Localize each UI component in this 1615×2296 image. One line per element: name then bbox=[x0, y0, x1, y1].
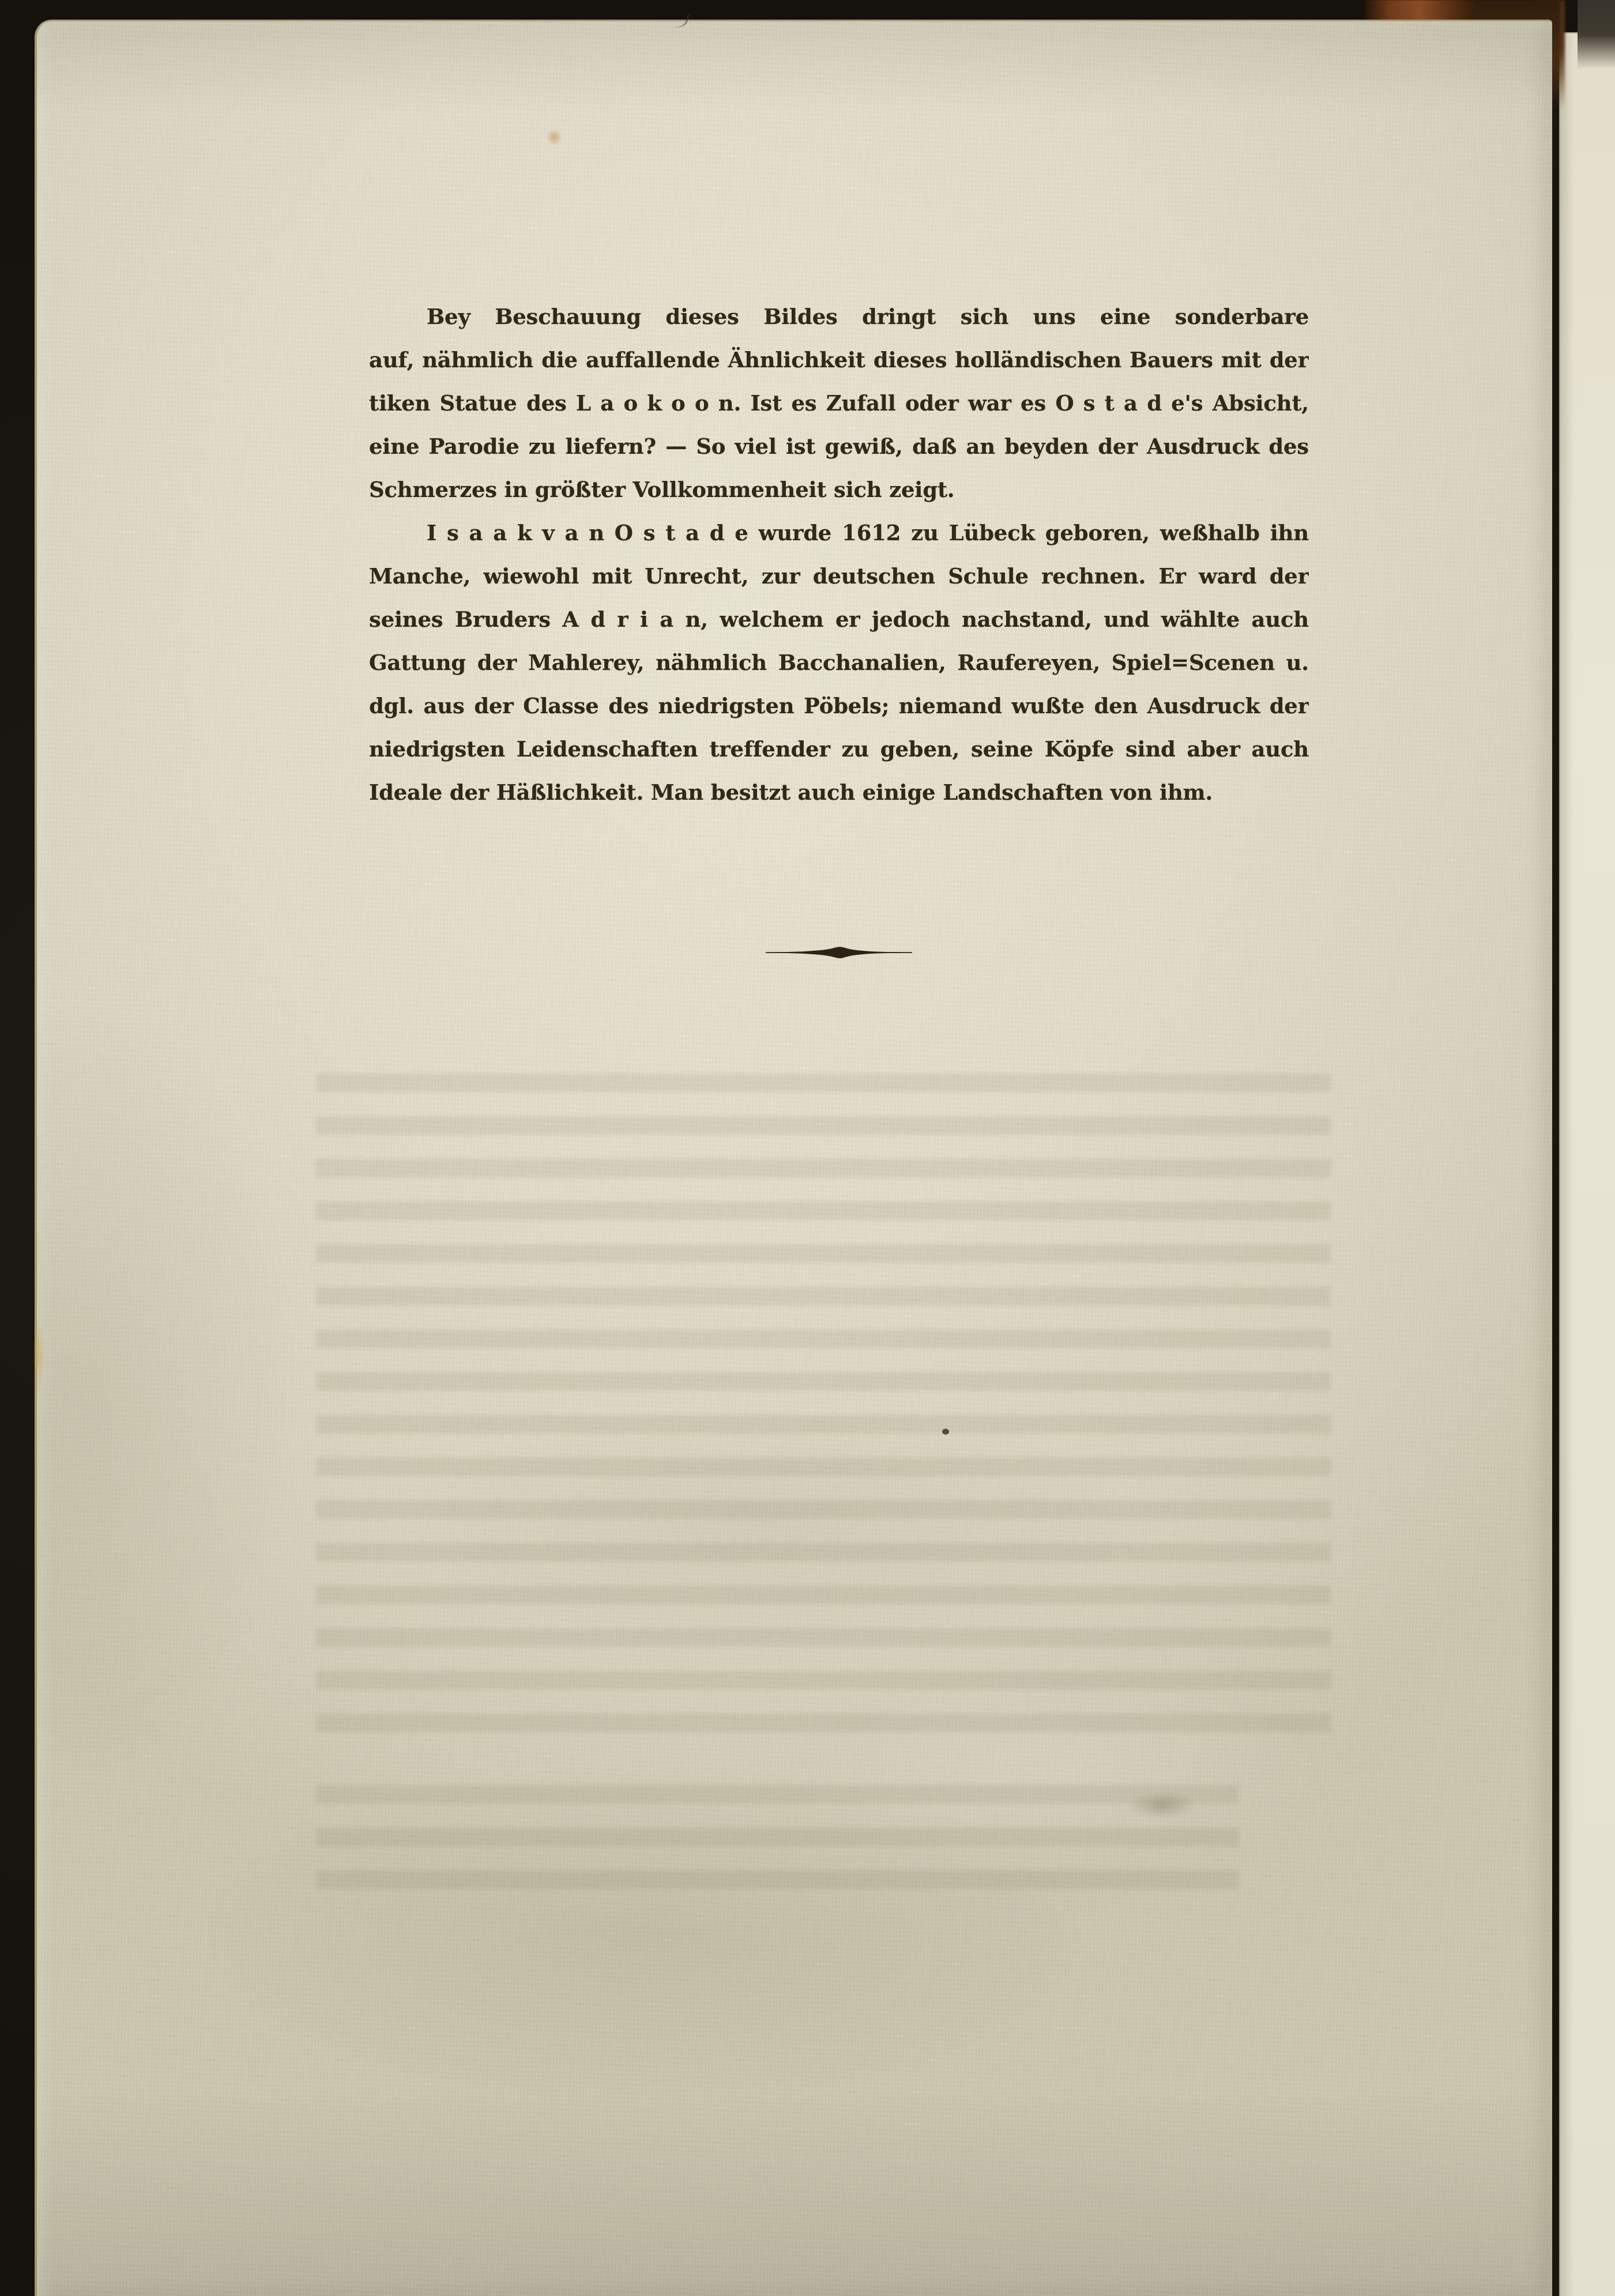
text-line: Schmerzes in größter Vollkommenheit sich… bbox=[369, 468, 1309, 511]
foxing-stain bbox=[547, 128, 562, 146]
text-line: niedrigsten Leidenschaften treffender zu… bbox=[369, 728, 1309, 771]
text-line: Gattung der Mahlerey, nähmlich Bacchanal… bbox=[369, 641, 1309, 684]
swelled-rule-ornament bbox=[766, 946, 912, 959]
text-line: Ideale der Häßlichkeit. Man besitzt auch… bbox=[369, 771, 1309, 814]
body-text: Bey Beschauung dieses Bildes dringt sich… bbox=[369, 295, 1309, 814]
book-scan-photo: Bey Beschauung dieses Bildes dringt sich… bbox=[0, 0, 1615, 2296]
adjacent-page-edge bbox=[1559, 32, 1615, 2296]
text-line: tiken Statue des L a o k o o n. Ist es Z… bbox=[369, 382, 1309, 425]
text-line: I s a a k v a n O s t a d e wurde 1612 z… bbox=[369, 511, 1309, 555]
paper-smudge bbox=[1128, 1792, 1197, 1819]
text-line: dgl. aus der Classe des niedrigsten Pöbe… bbox=[369, 684, 1309, 728]
text-line: seines Bruders A d r i a n, welchem er j… bbox=[369, 598, 1309, 641]
ink-speck bbox=[942, 1429, 949, 1435]
edge-stain bbox=[33, 1320, 44, 1390]
text-line: auf, nähmlich die auffallende Ähnlichkei… bbox=[369, 338, 1309, 382]
text-line: Bey Beschauung dieses Bildes dringt sich… bbox=[369, 295, 1309, 338]
text-line: eine Parodie zu liefern? — So viel ist g… bbox=[369, 425, 1309, 468]
text-line: Manche, wiewohl mit Unrecht, zur deutsch… bbox=[369, 555, 1309, 598]
binding-fragment bbox=[1578, 0, 1615, 69]
